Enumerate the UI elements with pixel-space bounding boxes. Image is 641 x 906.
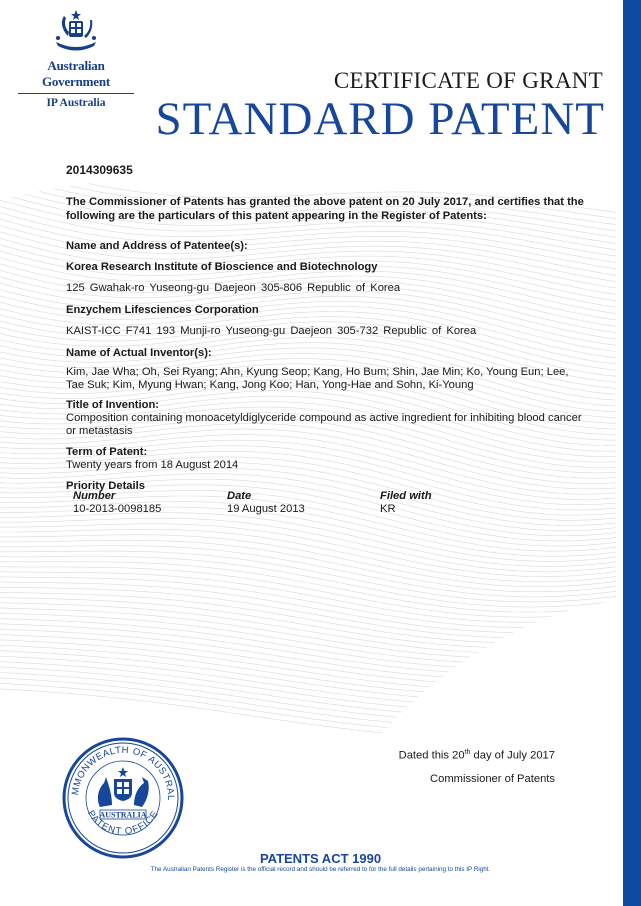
patentee-name: Korea Research Institute of Bioscience a… [66,261,586,273]
column-header: Number [73,490,161,502]
coat-of-arms-icon [46,8,106,56]
inventors-label: Name of Actual Inventor(s): [66,347,586,359]
inventors-value: Kim, Jae Wha; Oh, Sei Ryang; Ahn, Kyung … [66,366,586,392]
certificate-type: CERTIFICATE OF GRANT [334,68,603,94]
logo-divider [18,93,134,94]
priority-column-filed-with: Filed with KR [380,490,432,515]
invention-title-value: Composition containing monoacetyldiglyce… [66,412,586,438]
column-header: Date [227,490,305,502]
seal-icon: COMMONWEALTH OF AUSTRALIA PATENT OFFICE … [62,737,184,859]
certificate-body: 2014309635 The Commissioner of Patents h… [66,163,586,493]
patentee-name: Enzychem Lifesciences Corporation [66,304,586,316]
table-cell: 19 August 2013 [227,503,305,515]
patent-office-seal: COMMONWEALTH OF AUSTRALIA PATENT OFFICE … [62,737,184,864]
dated-rest: day of July 2017 [470,750,555,762]
patentee-label: Name and Address of Patentee(s): [66,240,586,252]
priority-column-number: Number 10-2013-0098185 [73,490,161,515]
patent-type-title: STANDARD PATENT [155,96,605,143]
patentee-address: 125 Gwahak-ro Yuseong-gu Daejeon 305-806… [66,282,586,294]
dated-prefix: Dated this 20 [399,750,465,762]
dated-line: Dated this 20th day of July 2017 [399,749,555,762]
column-header: Filed with [380,490,432,502]
term-label: Term of Patent: [66,446,586,459]
government-name: Australian Government [12,58,140,90]
signatory-title: Commissioner of Patents [430,773,555,785]
side-accent-bar [623,0,641,906]
svg-text:AUSTRALIA: AUSTRALIA [99,811,146,820]
patents-act-title: PATENTS ACT 1990 [0,851,641,866]
patentee-address: KAIST-ICC F741 193 Munji-ro Yuseong-gu D… [66,325,586,337]
register-footnote: The Australian Patents Register is the o… [0,866,641,873]
term-value: Twenty years from 18 August 2014 [66,459,586,472]
agency-name: IP Australia [12,97,140,109]
invention-title-label: Title of Invention: [66,399,586,412]
table-cell: 10-2013-0098185 [73,503,161,515]
table-cell: KR [380,503,432,515]
australian-government-logo: Australian Government IP Australia [12,8,140,109]
priority-column-date: Date 19 August 2013 [227,490,305,515]
grant-statement: The Commissioner of Patents has granted … [66,195,586,223]
patent-number: 2014309635 [66,163,586,177]
